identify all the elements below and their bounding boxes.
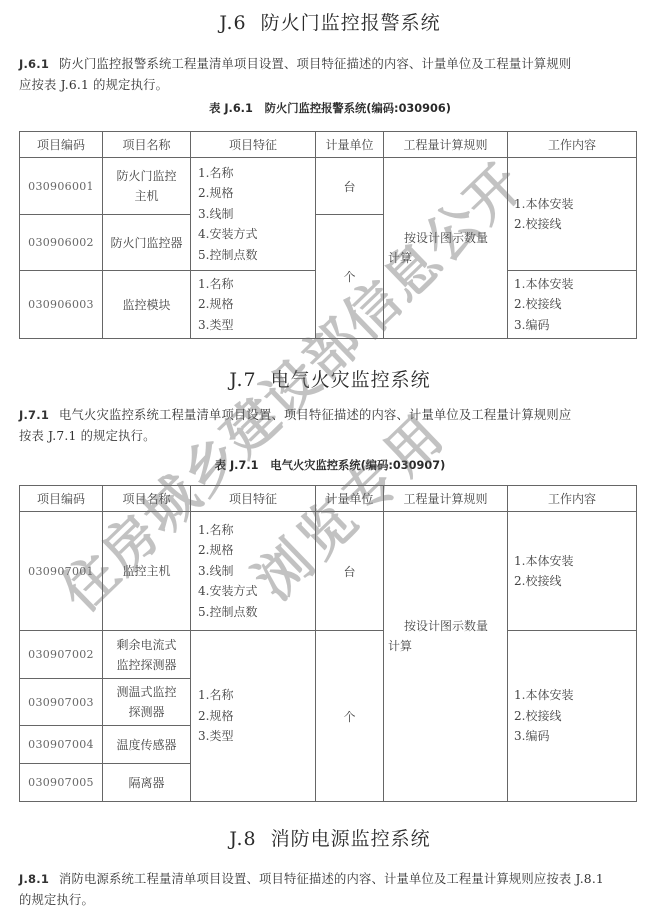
item-features: 1.名称 2.规格 3.类型 bbox=[191, 271, 316, 339]
item-name: 温度传感器 bbox=[103, 726, 191, 764]
item-work: 1.本体安装 2.校接线 3.编码 bbox=[508, 631, 637, 802]
clause-j6-1: J.6.1防火门监控报警系统工程量清单项目设置、项目特征描述的内容、计量单位及工… bbox=[19, 54, 639, 96]
item-code: 030906001 bbox=[20, 158, 103, 215]
clause-j7-1: J.7.1电气火灾监控系统工程量清单项目设置、项目特征描述的内容、计量单位及工程… bbox=[19, 405, 639, 447]
item-features: 1.名称 2.规格 3.类型 bbox=[191, 631, 316, 802]
header-features: 项目特征 bbox=[191, 486, 316, 512]
item-unit: 台 bbox=[316, 512, 384, 631]
item-unit: 个 bbox=[316, 215, 384, 339]
table-caption-j6-1: 表 J.6.1 防火门监控报警系统(编码:030906) bbox=[0, 100, 660, 116]
table-caption-j7-1: 表 J.7.1 电气火灾监控系统(编码:030907) bbox=[0, 457, 660, 473]
table-j6-1: 项目编码 项目名称 项目特征 计量单位 工程量计算规则 工作内容 0309060… bbox=[19, 131, 637, 339]
clause-id: J.6.1 bbox=[19, 57, 49, 71]
header-work: 工作内容 bbox=[508, 486, 637, 512]
item-rule: 按设计图示数量 计算 bbox=[384, 512, 508, 802]
item-features: 1.名称 2.规格 3.线制 4.安装方式 5.控制点数 bbox=[191, 158, 316, 271]
clause-j8-1: J.8.1消防电源系统工程量清单项目设置、项目特征描述的内容、计量单位及工程量计… bbox=[19, 869, 639, 911]
header-name: 项目名称 bbox=[103, 486, 191, 512]
table-row: 030906001 防火门监控 主机 1.名称 2.规格 3.线制 4.安装方式… bbox=[20, 158, 637, 215]
header-unit: 计量单位 bbox=[316, 486, 384, 512]
header-rule: 工程量计算规则 bbox=[384, 132, 508, 158]
table-j7-1: 项目编码 项目名称 项目特征 计量单位 工程量计算规则 工作内容 0309070… bbox=[19, 485, 637, 802]
item-name: 监控模块 bbox=[103, 271, 191, 339]
item-code: 030907001 bbox=[20, 512, 103, 631]
table-header-row: 项目编码 项目名称 项目特征 计量单位 工程量计算规则 工作内容 bbox=[20, 486, 637, 512]
item-name: 监控主机 bbox=[103, 512, 191, 631]
item-name: 测温式监控 探测器 bbox=[103, 679, 191, 726]
item-code: 030907005 bbox=[20, 764, 103, 802]
item-code: 030907002 bbox=[20, 631, 103, 679]
header-rule: 工程量计算规则 bbox=[384, 486, 508, 512]
item-code: 030907004 bbox=[20, 726, 103, 764]
item-code: 030907003 bbox=[20, 679, 103, 726]
clause-id: J.8.1 bbox=[19, 872, 49, 886]
item-name: 防火门监控 主机 bbox=[103, 158, 191, 215]
table-row: 030907002 剩余电流式 监控探测器 1.名称 2.规格 3.类型 个 1… bbox=[20, 631, 637, 679]
item-name: 防火门监控器 bbox=[103, 215, 191, 271]
item-work: 1.本体安装 2.校接线 3.编码 bbox=[508, 271, 637, 339]
item-work: 1.本体安装 2.校接线 bbox=[508, 158, 637, 271]
item-code: 030906002 bbox=[20, 215, 103, 271]
section-heading-j8: J.8消防电源监控系统 bbox=[0, 824, 660, 851]
item-unit: 个 bbox=[316, 631, 384, 802]
item-unit: 台 bbox=[316, 158, 384, 215]
header-work: 工作内容 bbox=[508, 132, 637, 158]
header-features: 项目特征 bbox=[191, 132, 316, 158]
header-unit: 计量单位 bbox=[316, 132, 384, 158]
table-header-row: 项目编码 项目名称 项目特征 计量单位 工程量计算规则 工作内容 bbox=[20, 132, 637, 158]
item-code: 030906003 bbox=[20, 271, 103, 339]
header-name: 项目名称 bbox=[103, 132, 191, 158]
section-heading-j7: J.7电气火灾监控系统 bbox=[0, 365, 660, 392]
header-code: 项目编码 bbox=[20, 132, 103, 158]
header-code: 项目编码 bbox=[20, 486, 103, 512]
item-rule: 按设计图示数量 计算 bbox=[384, 158, 508, 339]
item-work: 1.本体安装 2.校接线 bbox=[508, 512, 637, 631]
item-name: 隔离器 bbox=[103, 764, 191, 802]
table-row: 030907001 监控主机 1.名称 2.规格 3.线制 4.安装方式 5.控… bbox=[20, 512, 637, 631]
clause-id: J.7.1 bbox=[19, 408, 49, 422]
item-name: 剩余电流式 监控探测器 bbox=[103, 631, 191, 679]
section-heading-j6: J.6防火门监控报警系统 bbox=[0, 8, 660, 35]
item-features: 1.名称 2.规格 3.线制 4.安装方式 5.控制点数 bbox=[191, 512, 316, 631]
